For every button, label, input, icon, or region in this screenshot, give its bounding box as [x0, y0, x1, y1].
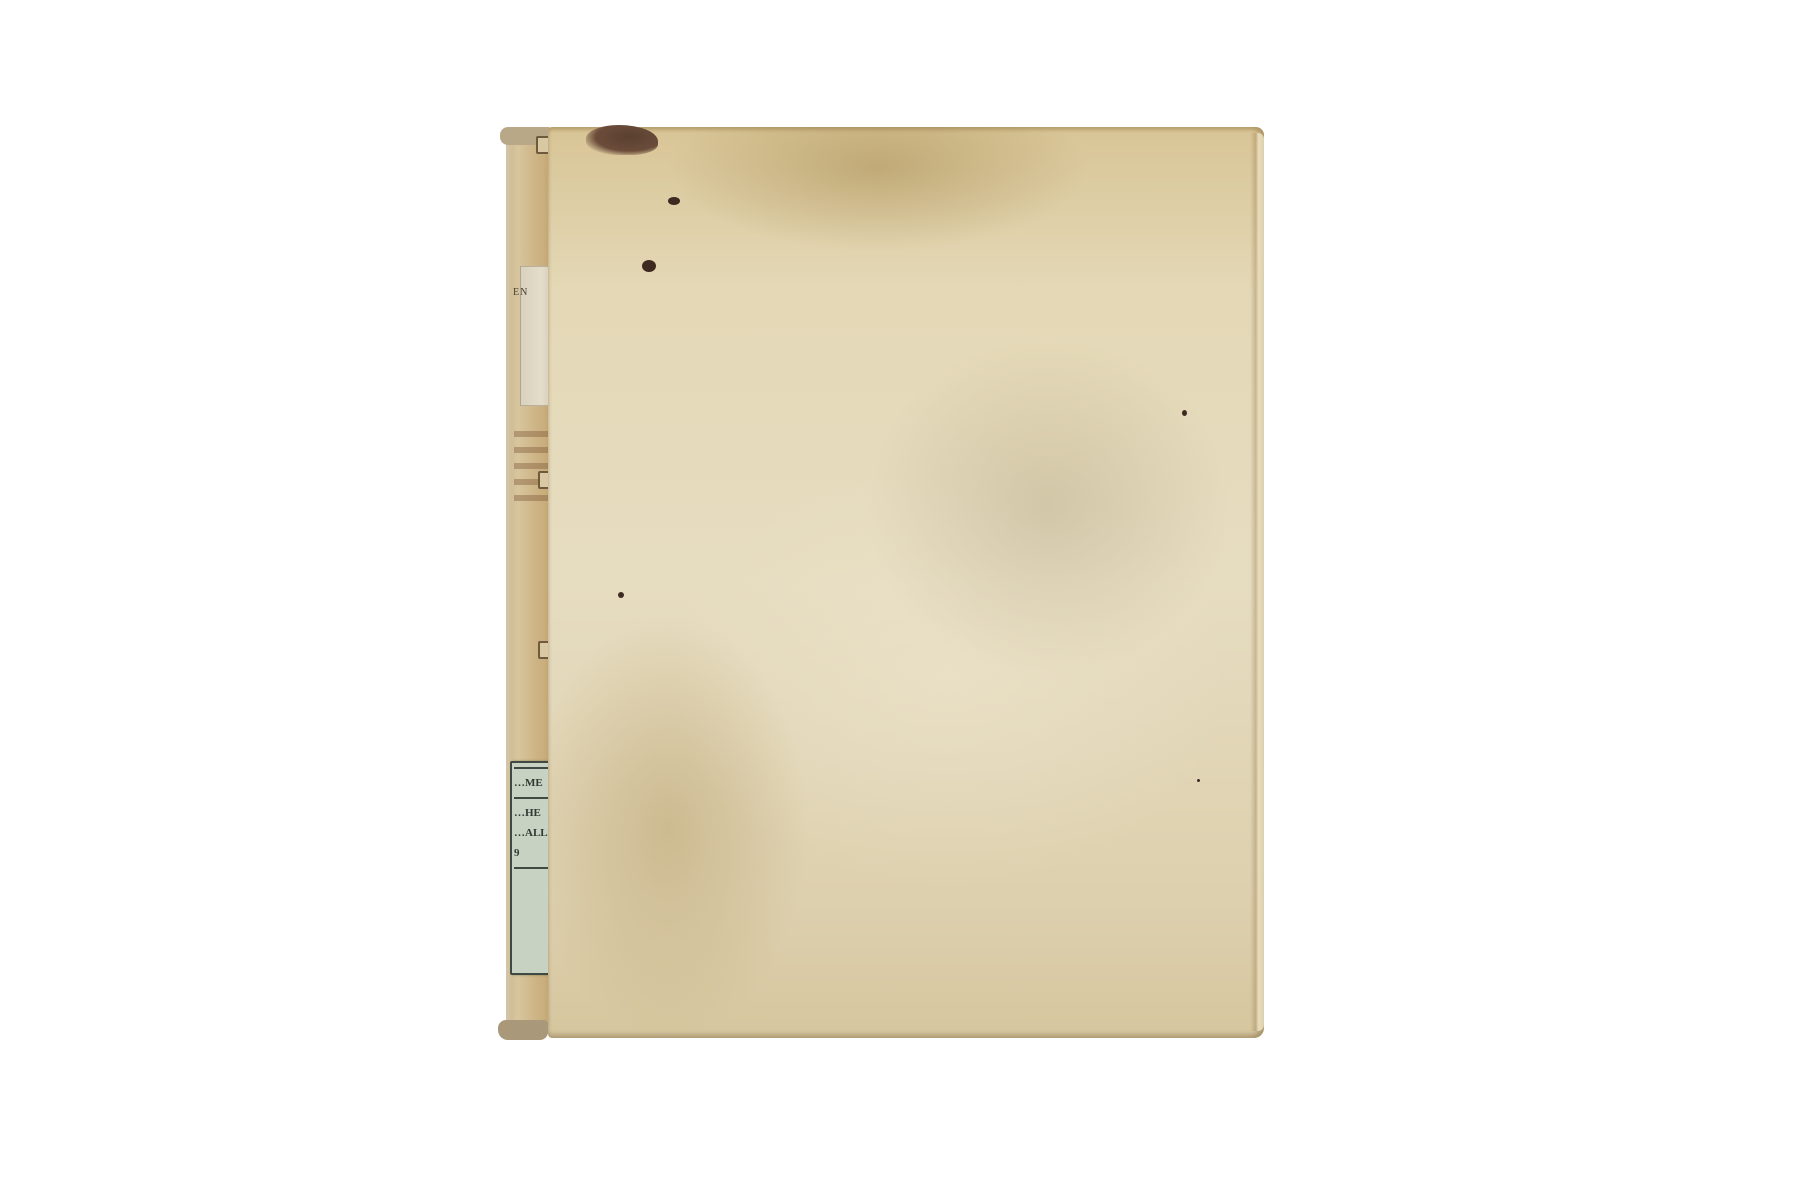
- front-cover: [548, 127, 1264, 1038]
- ink-spot: [1182, 410, 1187, 416]
- spine-tailcap: [498, 1020, 548, 1040]
- book-spine: EN …ME …HE …ALLE. 9: [506, 131, 554, 1034]
- top-corner-stain: [586, 125, 658, 155]
- cover-fore-edge: [1250, 133, 1264, 1031]
- spine-label-top-text: EN: [513, 287, 528, 298]
- vellum-book: EN …ME …HE …ALLE. 9: [506, 127, 1266, 1038]
- photo-scene: EN …ME …HE …ALLE. 9: [0, 0, 1800, 1200]
- label-rule: [514, 797, 552, 799]
- ink-spot: [1197, 779, 1200, 782]
- ink-spot: [642, 260, 656, 272]
- ink-spot: [618, 592, 624, 598]
- ink-spot: [668, 197, 680, 205]
- label-rule: [514, 867, 552, 869]
- label-rule: [514, 767, 552, 769]
